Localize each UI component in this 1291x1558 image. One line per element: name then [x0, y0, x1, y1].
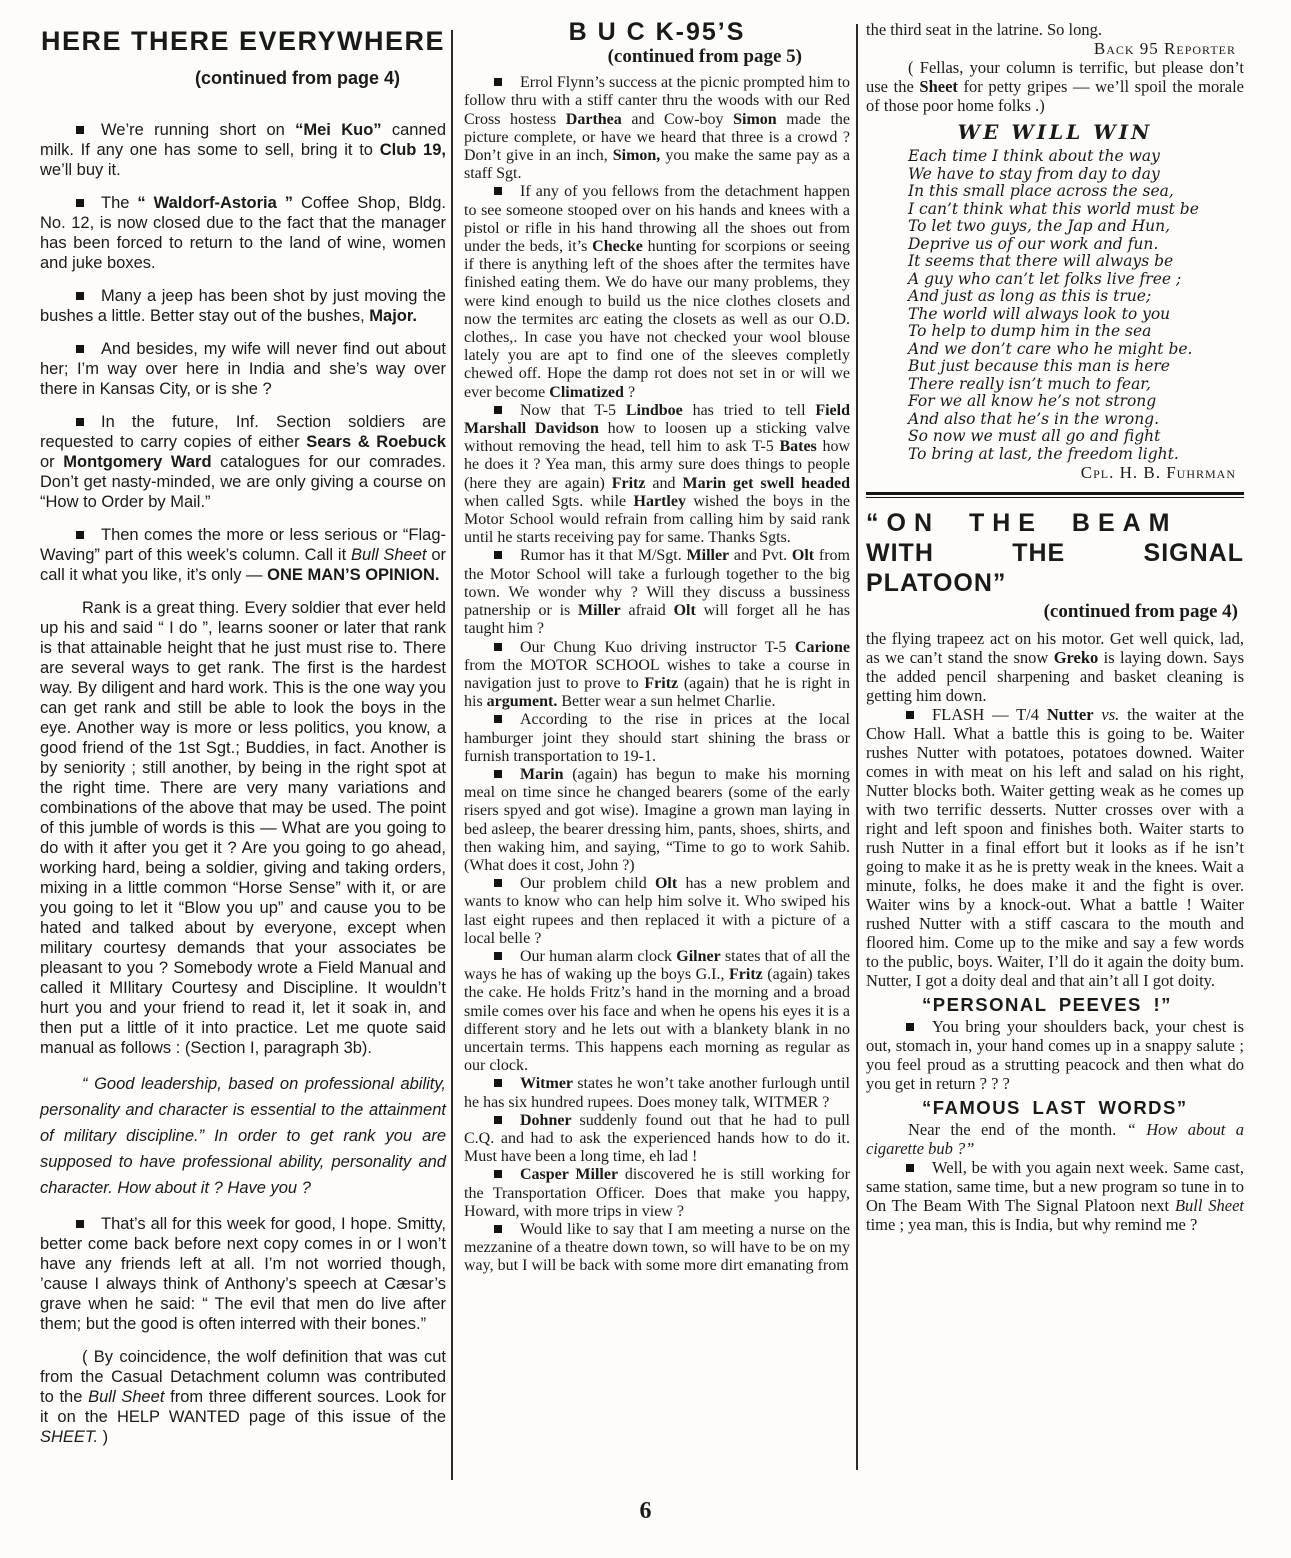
bulleted-paragraph: Would like to say that I am meeting a nu… [464, 1221, 850, 1276]
column2-title: B U C K-95’S [464, 18, 850, 46]
text-run: Marin [520, 766, 564, 783]
text-run: We’re running short on [101, 121, 295, 139]
poem-line: The world will always look to you [908, 306, 1244, 324]
bulleted-paragraph: FLASH — T/4 Nutter vs. the waiter at the… [866, 705, 1244, 990]
bulleted-paragraph: We’re running short on “Mei Kuo” canned … [40, 120, 446, 180]
bulleted-paragraph: If any of you fellows from the detachmen… [464, 183, 850, 401]
text-run: Olt [655, 875, 677, 892]
bulleted-paragraph: Our Chung Kuo driving instructor T-5 Car… [464, 639, 850, 712]
column-buck-95s: B U C K-95’S (continued from page 5) Err… [464, 18, 850, 1276]
text-run: Miller [578, 602, 621, 619]
newspaper-page: HERE THERE EVERYWHERE (continued from pa… [0, 0, 1291, 1558]
text-run: The [101, 194, 137, 212]
column1-body: We’re running short on “Mei Kuo” canned … [40, 120, 446, 1447]
square-bullet-icon [76, 531, 84, 539]
section-title-line1: “ON THE BEAM [866, 508, 1244, 538]
square-bullet-icon [76, 418, 84, 426]
poem-line: To let two guys, the Jap and Hun, [908, 218, 1244, 236]
square-bullet-icon [76, 126, 84, 134]
text-run: Witmer [520, 1075, 573, 1092]
byline: Cpl. H. B. Fuhrman [866, 463, 1244, 482]
square-bullet-icon [494, 1170, 502, 1178]
text-run: Now that T-5 [520, 402, 626, 419]
text-run: Rumor has it that M/Sgt. [520, 547, 687, 564]
text-run: Greko [1054, 648, 1099, 667]
bulleted-paragraph: Well, be with you again next week. Same … [866, 1158, 1244, 1234]
bulleted-paragraph: Marin (again) has begun to make his morn… [464, 766, 850, 875]
column-here-there-everywhere: HERE THERE EVERYWHERE (continued from pa… [40, 26, 446, 1460]
text-run: Rank is a great thing. Every soldier tha… [40, 599, 446, 1057]
poem-line: So now we must all go and fight [908, 428, 1244, 446]
text-run: Fritz [729, 966, 763, 983]
paragraph: ( By coincidence, the wolf definition th… [40, 1347, 446, 1447]
bulleted-paragraph: Casper Miller discovered he is still wor… [464, 1166, 850, 1221]
text-run: and [645, 475, 682, 492]
poem-line: We have to stay from day to day [908, 166, 1244, 184]
text-run: when called Sgts. while [464, 493, 634, 510]
text-run: and Cow-boy [622, 111, 733, 128]
text-run: Carione [795, 639, 850, 656]
text-run: Club 19, [380, 141, 446, 159]
square-bullet-icon [494, 879, 502, 887]
paragraph: “ Good leadership, based on professional… [40, 1071, 446, 1201]
text-run: ? [624, 384, 635, 401]
poem-line: And also that he’s in the wrong. [908, 411, 1244, 429]
poem-line: And we don’t care who he might be. [908, 341, 1244, 359]
text-run: we’ll buy it. [40, 161, 121, 179]
column1-subtitle: (continued from page 4) [40, 68, 446, 88]
text-run: Climatized [549, 384, 624, 401]
column-signal-platoon: the third seat in the latrine. So long.B… [866, 20, 1244, 1234]
text-run: Fritz [612, 475, 646, 492]
column2-body: Errol Flynn’s success at the picnic prom… [464, 74, 850, 1275]
text-run: Olt [792, 547, 814, 564]
text-run: Dohner [520, 1112, 572, 1129]
bulleted-paragraph: You bring your shoulders back, your ches… [866, 1017, 1244, 1093]
poem-line: Each time I think about the way [908, 148, 1244, 166]
square-bullet-icon [494, 770, 502, 778]
square-bullet-icon [494, 1225, 502, 1233]
square-bullet-icon [494, 643, 502, 651]
bulleted-paragraph: According to the rise in prices at the l… [464, 711, 850, 766]
bulleted-paragraph: Errol Flynn’s success at the picnic prom… [464, 74, 850, 183]
square-bullet-icon [494, 715, 502, 723]
text-run: Sears & Roebuck [306, 433, 446, 451]
square-bullet-icon [494, 1079, 502, 1087]
bulleted-paragraph: Our human alarm clock Gilner states that… [464, 948, 850, 1075]
section-subtitle: (continued from page 4) [866, 602, 1244, 621]
text-run: Bull Sheet [88, 1388, 164, 1406]
poem-line: In this small place across the sea, [908, 183, 1244, 201]
bulleted-paragraph: Many a jeep has been shot by just moving… [40, 286, 446, 326]
text-run: or [40, 453, 63, 471]
text-run: Major. [369, 307, 417, 325]
paragraph: ( Fellas, your column is terrific, but p… [866, 58, 1244, 115]
text-run: the third seat in the latrine. So long. [866, 20, 1102, 39]
text-run: Bates [779, 438, 816, 455]
text-run: Bull Sheet [1175, 1196, 1244, 1215]
paragraph: the flying trapeez act on his motor. Get… [866, 629, 1244, 705]
text-run: hunting for scorpions or seeing if there… [464, 238, 850, 401]
poem-line: For we all know he’s not strong [908, 393, 1244, 411]
bulleted-paragraph: Dohner suddenly found out that he had to… [464, 1112, 850, 1167]
section-title-line2: WITH THE SIGNAL PLATOON” [866, 538, 1244, 598]
bulleted-paragraph: The “ Waldorf-Astoria ” Coffee Shop, Bld… [40, 193, 446, 273]
text-run: “ Waldorf-Astoria ” [137, 194, 293, 212]
section-title: “ON THE BEAMWITH THE SIGNAL PLATOON” [866, 508, 1244, 598]
poem-line: Deprive us of our work and fun. [908, 236, 1244, 254]
poem-line: A guy who can’t let folks live free ; [908, 271, 1244, 289]
text-run: Our Chung Kuo driving instructor T-5 [520, 639, 795, 656]
text-run: Our problem child [520, 875, 655, 892]
square-bullet-icon [906, 711, 914, 719]
bulleted-paragraph: In the future, Inf. Section soldiers are… [40, 412, 446, 512]
text-run: Nutter [1047, 705, 1094, 724]
poem-line: To help to dump him in the sea [908, 323, 1244, 341]
square-bullet-icon [76, 292, 84, 300]
text-run: Casper Miller [520, 1166, 618, 1183]
text-run: the waiter at the Chow Hall. What a batt… [866, 705, 1244, 990]
square-bullet-icon [76, 1220, 84, 1228]
poem-line: And just as long as this is true; [908, 288, 1244, 306]
text-run: Better wear a sun helmet Charlie. [557, 693, 775, 710]
column1-title: HERE THERE EVERYWHERE [40, 26, 446, 56]
text-run: Bull Sheet [351, 546, 426, 564]
bulleted-paragraph: Our problem child Olt has a new problem … [464, 875, 850, 948]
text-run: Our human alarm clock [520, 948, 676, 965]
text-run: afraid [621, 602, 674, 619]
paragraph: Rank is a great thing. Every soldier tha… [40, 598, 446, 1058]
text-run: has tried to tell [683, 402, 816, 419]
square-bullet-icon [494, 78, 502, 86]
text-run: ONE MAN’S OPINION. [267, 566, 439, 584]
text-run: Miller [687, 547, 730, 564]
poem: Each time I think about the wayWe have t… [866, 148, 1244, 463]
poem-line: There really isn’t much to fear, [908, 376, 1244, 394]
text-run: Would like to say that I am meeting a nu… [464, 1221, 850, 1274]
sub-heading: “FAMOUS LAST WORDS” [866, 1098, 1244, 1117]
bulleted-paragraph: Rumor has it that M/Sgt. Miller and Pvt.… [464, 547, 850, 638]
page-number: 6 [0, 1498, 1291, 1525]
square-bullet-icon [494, 1116, 502, 1124]
column3-body: the third seat in the latrine. So long.B… [866, 20, 1244, 1234]
column-divider-rule-1 [451, 30, 453, 1480]
text-run: SHEET. [40, 1428, 98, 1446]
text-run: Near the end of the month. [908, 1120, 1127, 1139]
text-run: Lindboe [626, 402, 683, 419]
column2-subtitle: (continued from page 5) [464, 48, 850, 66]
text-run: and Pvt. [729, 547, 792, 564]
paragraph: the third seat in the latrine. So long. [866, 20, 1244, 39]
text-run: Checke [592, 238, 643, 255]
text-run: According to the rise in prices at the l… [464, 711, 850, 764]
byline: Back 95 Reporter [866, 39, 1244, 58]
square-bullet-icon [76, 345, 84, 353]
section-divider [866, 492, 1244, 498]
text-run: “Mei Kuo” [295, 121, 381, 139]
square-bullet-icon [494, 187, 502, 195]
text-run: ) [98, 1428, 108, 1446]
square-bullet-icon [76, 199, 84, 207]
text-run: Sheet [919, 77, 958, 96]
square-bullet-icon [494, 952, 502, 960]
bulleted-paragraph: Now that T-5 Lindboe has tried to tell F… [464, 402, 850, 548]
bulleted-paragraph: And besides, my wife will never find out… [40, 339, 446, 399]
square-bullet-icon [906, 1023, 914, 1031]
text-run: FLASH — T/4 [932, 705, 1047, 724]
poem-line: But just because this man is here [908, 358, 1244, 376]
text-run: Hartley [634, 493, 686, 510]
column-divider-rule-2 [856, 24, 858, 1470]
poem-line: It seems that there will always be [908, 253, 1244, 271]
text-run: Gilner [676, 948, 720, 965]
bulleted-paragraph: Then comes the more or less serious or “… [40, 525, 446, 585]
text-run: Darthea [566, 111, 622, 128]
text-run: “ Good leadership, based on professional… [40, 1075, 446, 1197]
text-run: Montgomery Ward [63, 453, 211, 471]
text-run: Simon, [613, 147, 661, 164]
text-run: argument. [487, 693, 558, 710]
text-run: Simon [733, 111, 777, 128]
poem-title: WE WILL WIN [866, 123, 1244, 142]
bulleted-paragraph: Witmer states he won’t take another furl… [464, 1075, 850, 1111]
bulleted-paragraph: That’s all for this week for good, I hop… [40, 1214, 446, 1334]
square-bullet-icon [494, 551, 502, 559]
text-run: Olt [674, 602, 696, 619]
poem-line: I can’t think what this world must be [908, 201, 1244, 219]
sub-heading: “PERSONAL PEEVES !” [866, 995, 1244, 1014]
text-run: time ; yea man, this is India, but why r… [866, 1215, 1197, 1234]
text-run: And besides, my wife will never find out… [40, 340, 446, 398]
square-bullet-icon [906, 1164, 914, 1172]
paragraph: Near the end of the month. “ How about a… [866, 1120, 1244, 1158]
text-run: You bring your shoulders back, your ches… [866, 1017, 1244, 1093]
text-run: That’s all for this week for good, I hop… [40, 1215, 446, 1333]
text-run: Marin get swell headed [683, 475, 851, 492]
text-run: vs. [1101, 705, 1119, 724]
poem-line: To bring at last, the freedom light. [908, 446, 1244, 464]
text-run: Fritz [644, 675, 678, 692]
square-bullet-icon [494, 406, 502, 414]
